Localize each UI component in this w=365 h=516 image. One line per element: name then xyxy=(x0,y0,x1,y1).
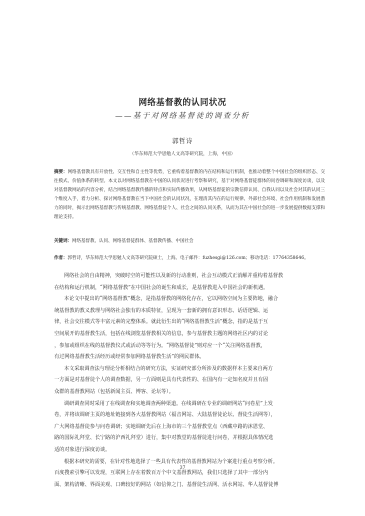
text-line: 定受众群的基督教网站（包括新闻主页、博客、论坛等）。 xyxy=(54,387,325,399)
text-line: 本论文中提出的“网络基督教”概念，是指基督教的网络化存在，它以网络空间为主要阵地… xyxy=(54,294,325,306)
text-line: 本文采取调查法与理论分析相结合的研究方法，实证研究部分所涉及的数据样本主要来自两… xyxy=(54,364,325,376)
paper-subtitle: ——基于对网络基督徒的调查分析 xyxy=(0,110,365,121)
abstract-text: 网络基督教具有开放性、交互性和自主性等优势，它重构着基督教的内在结构和运行机制，… xyxy=(54,170,325,220)
author-affiliation: （华东师范大学思勉人文高等研究院，上海，中国） xyxy=(0,151,365,157)
text-line: 联网空间展开的基督教生活，包括在线浏览基督教相关的信息，参与基督教主题的网络社区… xyxy=(54,329,325,341)
text-line: 择合适的对象进行深度访谈。 xyxy=(54,445,325,457)
text-line: 面：一方面是对基督徒个人的调查数据，另一方面则是具有代表性的、在国内有一定知名度… xyxy=(54,375,325,387)
text-line: 学习，参加或组织在线的基督教仪式或活动等等行为。“网络基督徒”则对应一个“关注网… xyxy=(54,341,325,353)
author-info-text: 郭哲诗，华东师范大学思勉人文高等研究院硕士，上海。电子邮件：fuzhesgi@1… xyxy=(68,256,309,261)
body-paragraph: 调研调查同时采用了在线调查和实地调查两种渠道。在线调研在专业的调研网站“问卷星”… xyxy=(54,399,325,457)
body-paragraph: 本论文中提出的“网络基督教”概念，是指基督教的网络化存在，它以网络空间为主要阵地… xyxy=(54,294,325,364)
body-text: 网络社会的自由精神，突破时空的可能性以及新的行动准则，社会互动模式正消解并重构着… xyxy=(54,271,325,491)
body-paragraph: 根据本研究的需要，在针对性地选择了一些具有代表性的基督教网站为个案进行重点考察分… xyxy=(54,457,325,492)
keywords-label: 关键词： xyxy=(54,239,72,244)
author-info-label: 作者： xyxy=(54,256,68,261)
abstract: 摘要：网络基督教具有开放性、交互性和自主性等优势，它重构着基督教的内在结构和运行… xyxy=(54,168,325,222)
text-line: 网络社会的自由精神，突破时空的可能性以及新的行动准则，社会互动模式正消解并重构着… xyxy=(54,271,325,283)
paper-title: 网络基督教的认同状况 xyxy=(0,96,365,108)
paper-page: 网络基督教的认同状况 ——基于对网络基督徒的调查分析 郭哲诗 （华东师范大学思勉… xyxy=(0,0,365,516)
text-line: 容全面、架构清晰、界面美观、口碑较好的网站（如信仰之门、基督徒生活网、活水网站、… xyxy=(54,480,325,492)
text-line: 的内在结构和运行机制，“网络基督教”在中国社会的诞生和成长，是基督教进入中国社会… xyxy=(54,283,325,295)
author-info: 作者：郭哲诗，华东师范大学思勉人文高等研究院硕士，上海。电子邮件：fuzhesg… xyxy=(54,254,325,263)
text-line: 邀请广大网络基督徒参与问卷调研；实地调研先后在上海市的三个基督教堂点（西藏中路的… xyxy=(54,422,325,434)
body-paragraph: 本文采取调查法与理论分析相结合的研究方法，实证研究部分所涉及的数据样本主要来自两… xyxy=(54,364,325,399)
text-line: 调研调查同时采用了在线调查和实地调查两种渠道。在线调研在专业的调研网站“问卷星”… xyxy=(54,399,325,411)
author-name: 郭哲诗 xyxy=(0,136,365,145)
text-line: 衡山路的国际礼拜堂、长宁路的沪西礼拜堂）进行，集中对教堂的基督徒进行问卷，并根据… xyxy=(54,433,325,445)
abstract-label: 摘要： xyxy=(54,170,68,175)
text-line: 曾经有过网络基督教生活经历或经常参加网络基督教生活”的网民群体。 xyxy=(54,352,325,364)
text-line: 布问卷，并将该调研主页的地址链接到各大基督教网站（福音网站、大陆基督徒论坛、督徒… xyxy=(54,410,325,422)
body-paragraph: 网络社会的自由精神，突破时空的可能性以及新的行动准则，社会互动模式正消解并重构着… xyxy=(54,271,325,294)
keywords-text: 网络基督教、认同、网络基督徒群体、基督教传播、中国社会 xyxy=(72,239,194,244)
text-line: 行规律，社会交往模式等丰富元素的完整体系。就此衍生出的“网络基督教生活”概念，指… xyxy=(54,317,325,329)
page-number: 37 xyxy=(0,466,365,471)
keywords: 关键词：网络基督教、认同、网络基督徒群体、基督教传播、中国社会 xyxy=(54,237,325,246)
text-line: 了传统基督教的教义教理与网络社会独有的本质特征，呈现为一套新的拥有意识形态、话语… xyxy=(54,306,325,318)
